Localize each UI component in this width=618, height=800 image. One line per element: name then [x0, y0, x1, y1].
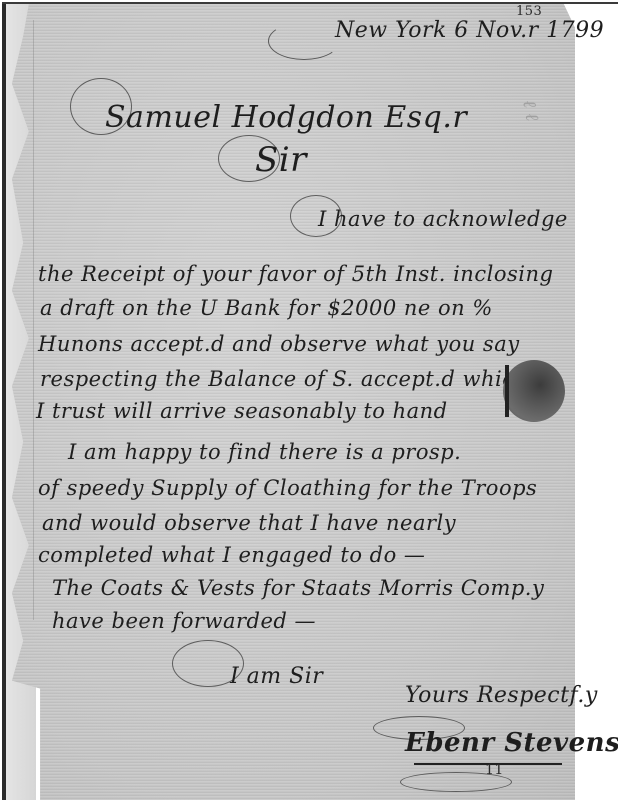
dateline: New York 6 Nov.r 1799: [335, 18, 604, 43]
paper-margin-rule: [33, 20, 34, 620]
folio-number: 153: [516, 4, 542, 19]
body-line-4: Hunons accept.d and observe what you say: [38, 332, 520, 356]
body-line-2: the Receipt of your favor of 5th Inst. i…: [38, 262, 553, 286]
body-line-12: have been forwarded —: [52, 609, 316, 633]
body-line-8: of speedy Supply of Cloathing for the Tr…: [38, 476, 537, 500]
wax-seal-edge: [505, 365, 509, 417]
body-line-7: I am happy to find there is a prosp.: [68, 440, 461, 464]
ink-bleed-through: ℓ ℓ: [518, 98, 542, 122]
wax-seal-remnant: [503, 360, 565, 422]
salutation: Sir: [255, 140, 307, 180]
body-line-11: The Coats & Vests for Staats Morris Comp…: [52, 576, 544, 600]
body-line-9: and would observe that I have nearly: [42, 511, 456, 535]
scan-border-left: [2, 3, 6, 800]
dateline-flourish: [268, 22, 340, 60]
scanned-letter-frame: ℓ ℓ 153 New York 6 Nov.r 1799 Samuel Hod…: [0, 0, 618, 800]
body-line-3: a draft on the U Bank for $2000 ne on %: [40, 296, 493, 320]
body-line-6: I trust will arrive seasonably to hand: [36, 399, 448, 423]
closing-right: Yours Respectf.y: [405, 683, 598, 708]
body-line-1: I have to acknowledge: [318, 207, 568, 231]
signature: Ebenr Stevens: [405, 728, 618, 758]
body-line-10: completed what I engaged to do —: [38, 543, 425, 567]
signature-flourish-bottom: [400, 772, 512, 792]
body-line-5: respecting the Balance of S. accept.d wh…: [40, 367, 529, 391]
closing-left: I am Sir: [230, 664, 323, 689]
addressee: Samuel Hodgdon Esq.r: [105, 100, 467, 135]
